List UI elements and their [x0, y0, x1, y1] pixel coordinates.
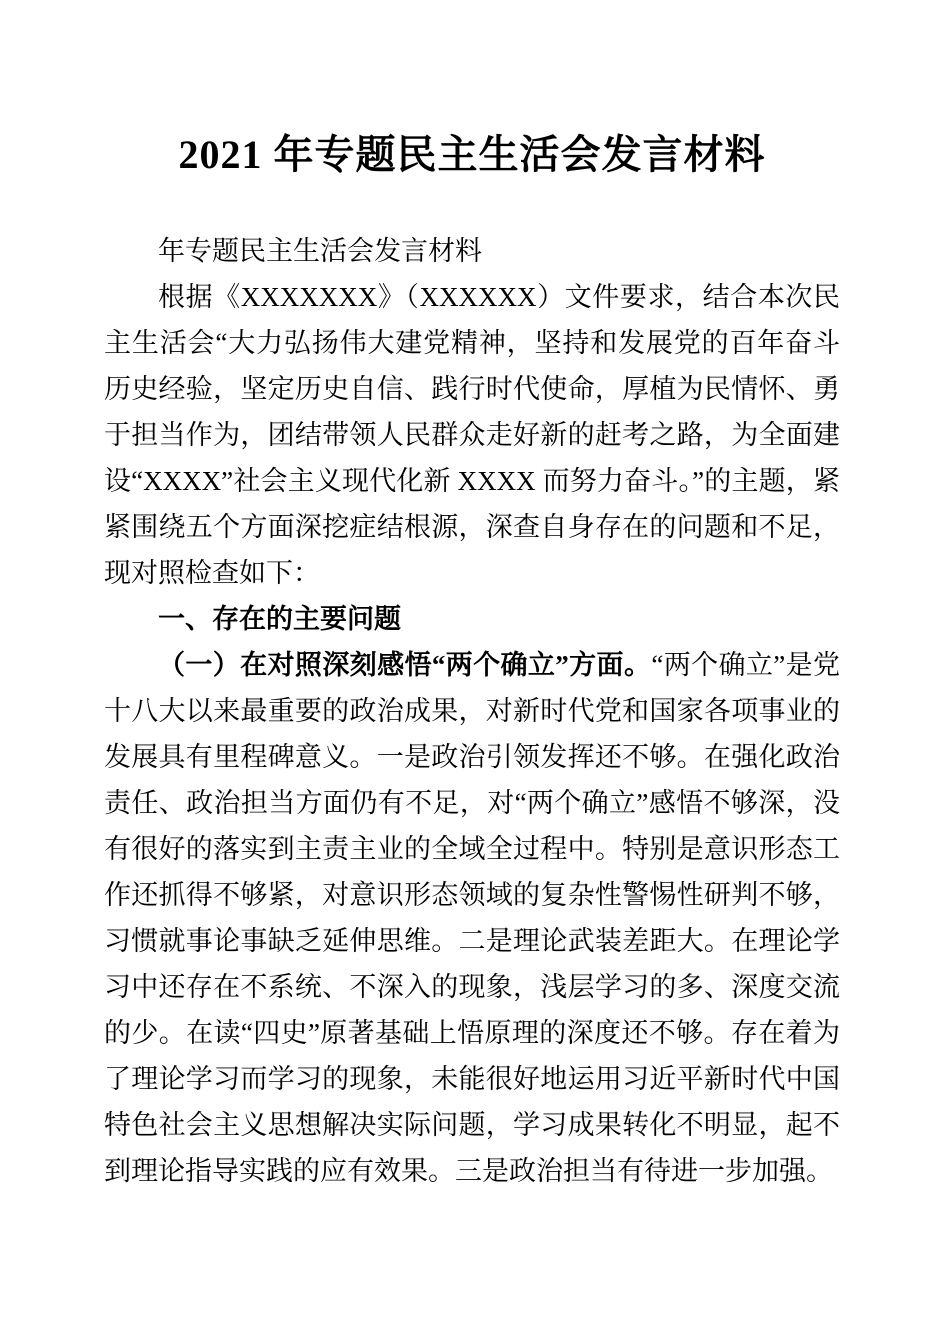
- section-heading: 一、存在的主要问题: [104, 596, 840, 642]
- text-segment-bold: （一）在对照深刻感悟“两个确立”方面。: [158, 650, 651, 680]
- text-segment: 根据《XXXXXXX》（XXXXXX）文件要求，结合本次民主生活会“大力弘扬伟大…: [104, 282, 840, 588]
- document-page: 2021 年专题民主生活会发言材料 年专题民主生活会发言材料根据《XXXXXXX…: [0, 0, 950, 1344]
- text-segment: “两个确立”是党十八大以来最重要的政治成果，对新时代党和国家各项事业的发展具有里…: [104, 650, 840, 1186]
- text-segment-bold: 一、存在的主要问题: [158, 604, 401, 634]
- paragraph: 年专题民主生活会发言材料: [104, 228, 840, 274]
- paragraph: （一）在对照深刻感悟“两个确立”方面。“两个确立”是党十八大以来最重要的政治成果…: [104, 642, 840, 1194]
- document-body: 年专题民主生活会发言材料根据《XXXXXXX》（XXXXXX）文件要求，结合本次…: [104, 228, 840, 1194]
- document-title: 2021 年专题民主生活会发言材料: [104, 130, 840, 180]
- paragraph: 根据《XXXXXXX》（XXXXXX）文件要求，结合本次民主生活会“大力弘扬伟大…: [104, 274, 840, 596]
- text-segment: 年专题民主生活会发言材料: [158, 236, 482, 266]
